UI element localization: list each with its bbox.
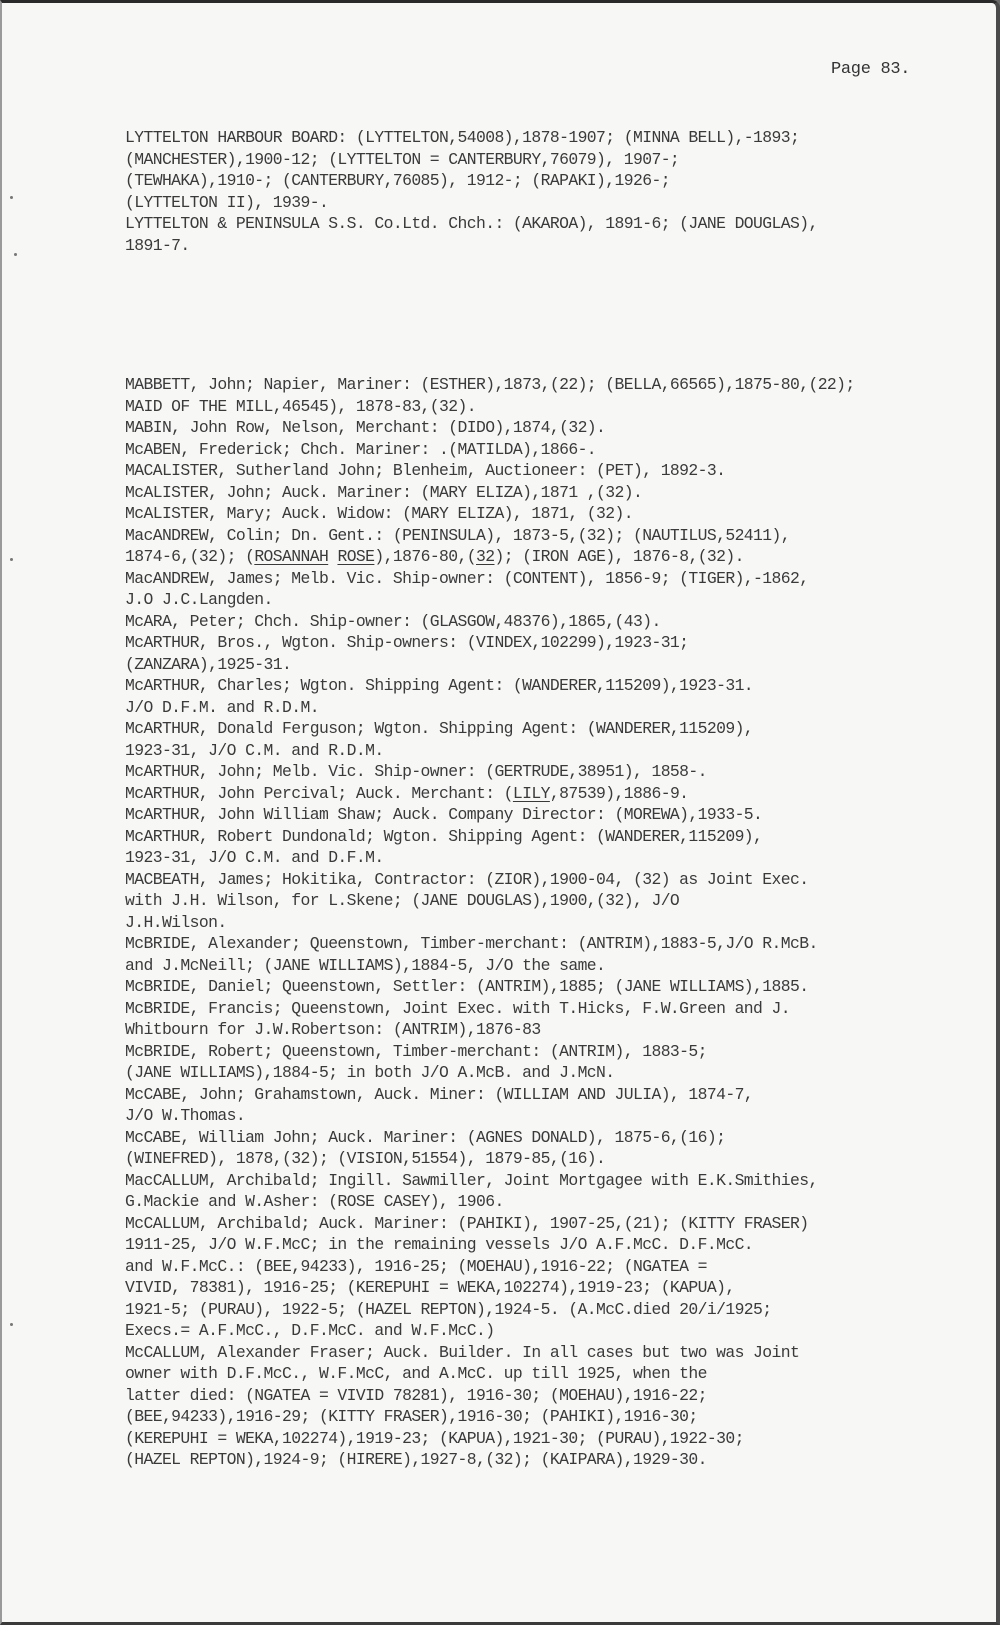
register-entry: McARTHUR, Bros., Wgton. Ship-owners: (VI…: [125, 632, 975, 675]
register-entry: McARTHUR, John Percival; Auck. Merchant:…: [125, 783, 975, 805]
entry-heading-line: McCABE, William John; Auck. Mariner: (AG…: [195, 1127, 975, 1149]
entry-continuation-line: Whitbourn for J.W.Robertson: (ANTRIM),18…: [195, 1019, 975, 1041]
entry-heading-line: MacCALLUM, Archibald; Ingill. Sawmiller,…: [195, 1170, 975, 1192]
entry-continuation-line: latter died: (NGATEA = VIVID 78281), 191…: [195, 1385, 975, 1407]
entry-heading-line: McBRIDE, Alexander; Queenstown, Timber-m…: [195, 933, 975, 955]
entry-heading-line: McARTHUR, Charles; Wgton. Shipping Agent…: [195, 675, 975, 697]
entry-heading-line: McARTHUR, Bros., Wgton. Ship-owners: (VI…: [195, 632, 975, 654]
entry-heading-line: MacANDREW, Colin; Dn. Gent.: (PENINSULA)…: [195, 525, 975, 547]
register-entry: McCABE, William John; Auck. Mariner: (AG…: [125, 1127, 975, 1170]
scan-speck: [10, 1323, 13, 1326]
entry-continuation-line: and J.McNeill; (JANE WILLIAMS),1884-5, J…: [195, 955, 975, 977]
register-entry: MABIN, John Row, Nelson, Merchant: (DIDO…: [125, 417, 975, 439]
register-entry: LYTTELTON HARBOUR BOARD: (LYTTELTON,5400…: [125, 127, 975, 213]
entry-continuation-line: 1923-31, J/O C.M. and D.F.M.: [195, 847, 975, 869]
register-entry: MacCALLUM, Archibald; Ingill. Sawmiller,…: [125, 1170, 975, 1213]
entry-continuation-line: VIVID, 78381), 1916-25; (KEREPUHI = WEKA…: [195, 1277, 975, 1299]
entry-continuation-line: J.H.Wilson.: [195, 912, 975, 934]
entry-continuation-line: 1891-7.: [195, 235, 975, 257]
entry-heading-line: MacANDREW, James; Melb. Vic. Ship-owner:…: [195, 568, 975, 590]
register-entry: MACBEATH, James; Hokitika, Contractor: (…: [125, 869, 975, 934]
entry-continuation-line: (KEREPUHI = WEKA,102274),1919-23; (KAPUA…: [195, 1428, 975, 1450]
document-page: Page 83. LYTTELTON HARBOUR BOARD: (LYTTE…: [0, 0, 1000, 1625]
entry-continuation-line: (LYTTELTON II), 1939-.: [195, 192, 975, 214]
register-entry: McBRIDE, Alexander; Queenstown, Timber-m…: [125, 933, 975, 976]
register-entry: McARTHUR, Donald Ferguson; Wgton. Shippi…: [125, 718, 975, 761]
entry-continuation-line: 1921-5; (PURAU), 1922-5; (HAZEL REPTON),…: [195, 1299, 975, 1321]
register-entry: McARTHUR, Charles; Wgton. Shipping Agent…: [125, 675, 975, 718]
entry-continuation-line: and W.F.McC.: (BEE,94233), 1916-25; (MOE…: [195, 1256, 975, 1278]
scan-speck: [10, 196, 13, 199]
entry-heading-line: MACBEATH, James; Hokitika, Contractor: (…: [195, 869, 975, 891]
entry-heading-line: McARTHUR, Donald Ferguson; Wgton. Shippi…: [195, 718, 975, 740]
entry-continuation-line: (TEWHAKA),1910-; (CANTERBURY,76085), 191…: [195, 170, 975, 192]
scan-speck: [14, 253, 17, 256]
register-entry: LYTTELTON & PENINSULA S.S. Co.Ltd. Chch.…: [125, 213, 975, 256]
register-entry: MacANDREW, James; Melb. Vic. Ship-owner:…: [125, 568, 975, 611]
entry-heading-line: MABIN, John Row, Nelson, Merchant: (DIDO…: [195, 417, 975, 439]
register-entry: McCALLUM, Archibald; Auck. Mariner: (PAH…: [125, 1213, 975, 1342]
register-entry: McARA, Peter; Chch. Ship-owner: (GLASGOW…: [125, 611, 975, 633]
entry-heading-line: McABEN, Frederick; Chch. Mariner: .(MATI…: [195, 439, 975, 461]
register-entry: McCABE, John; Grahamstown, Auck. Miner: …: [125, 1084, 975, 1127]
entry-heading-line: MABBETT, John; Napier, Mariner: (ESTHER)…: [195, 374, 975, 396]
entry-heading-line: LYTTELTON HARBOUR BOARD: (LYTTELTON,5400…: [195, 127, 975, 149]
entry-group-lyttelton: LYTTELTON HARBOUR BOARD: (LYTTELTON,5400…: [125, 127, 975, 256]
register-entry: McABEN, Frederick; Chch. Mariner: .(MATI…: [125, 439, 975, 461]
entry-continuation-line: G.Mackie and W.Asher: (ROSE CASEY), 1906…: [195, 1191, 975, 1213]
entry-heading-line: McARA, Peter; Chch. Ship-owner: (GLASGOW…: [195, 611, 975, 633]
register-entry: McBRIDE, Francis; Queenstown, Joint Exec…: [125, 998, 975, 1041]
entry-group-m: MABBETT, John; Napier, Mariner: (ESTHER)…: [125, 374, 975, 1471]
entry-heading-line: McALISTER, Mary; Auck. Widow: (MARY ELIZ…: [195, 503, 975, 525]
page-number: Page 83.: [831, 60, 910, 79]
entry-heading-line: McCALLUM, Alexander Fraser; Auck. Builde…: [195, 1342, 975, 1364]
entry-continuation-line: 1911-25, J/O W.F.McC; in the remaining v…: [195, 1234, 975, 1256]
register-entry: MacANDREW, Colin; Dn. Gent.: (PENINSULA)…: [125, 525, 975, 568]
entry-heading-line: McBRIDE, Francis; Queenstown, Joint Exec…: [195, 998, 975, 1020]
register-entry: McARTHUR, John William Shaw; Auck. Compa…: [125, 804, 975, 826]
entry-continuation-line: owner with D.F.McC., W.F.McC, and A.McC.…: [195, 1363, 975, 1385]
entry-continuation-line: J.O J.C.Langden.: [195, 589, 975, 611]
entry-continuation-line: with J.H. Wilson, for L.Skene; (JANE DOU…: [195, 890, 975, 912]
entry-heading-line: LYTTELTON & PENINSULA S.S. Co.Ltd. Chch.…: [195, 213, 975, 235]
entry-continuation-line: (ZANZARA),1925-31.: [195, 654, 975, 676]
entry-heading-line: McCALLUM, Archibald; Auck. Mariner: (PAH…: [195, 1213, 975, 1235]
register-entry: MABBETT, John; Napier, Mariner: (ESTHER)…: [125, 374, 975, 417]
entry-heading-line: McARTHUR, John; Melb. Vic. Ship-owner: (…: [195, 761, 975, 783]
entry-heading-line: McCABE, John; Grahamstown, Auck. Miner: …: [195, 1084, 975, 1106]
entry-heading-line: MACALISTER, Sutherland John; Blenheim, A…: [195, 460, 975, 482]
entry-heading-line: McARTHUR, John William Shaw; Auck. Compa…: [195, 804, 975, 826]
entry-continuation-line: (BEE,94233),1916-29; (KITTY FRASER),1916…: [195, 1406, 975, 1428]
register-entry: McARTHUR, Robert Dundonald; Wgton. Shipp…: [125, 826, 975, 869]
register-entry: McARTHUR, John; Melb. Vic. Ship-owner: (…: [125, 761, 975, 783]
entry-heading-line: McBRIDE, Daniel; Queenstown, Settler: (A…: [195, 976, 975, 998]
register-entry: McALISTER, Mary; Auck. Widow: (MARY ELIZ…: [125, 503, 975, 525]
entry-continuation-line: 1923-31, J/O C.M. and R.D.M.: [195, 740, 975, 762]
register-entry: MACALISTER, Sutherland John; Blenheim, A…: [125, 460, 975, 482]
entry-list: LYTTELTON HARBOUR BOARD: (LYTTELTON,5400…: [125, 127, 975, 1471]
entry-heading-line: McALISTER, John; Auck. Mariner: (MARY EL…: [195, 482, 975, 504]
entry-continuation-line: J/O W.Thomas.: [195, 1105, 975, 1127]
section-gap: [125, 256, 975, 374]
entry-heading-line: McARTHUR, John Percival; Auck. Merchant:…: [195, 783, 975, 805]
register-entry: McCALLUM, Alexander Fraser; Auck. Builde…: [125, 1342, 975, 1471]
register-entry: McBRIDE, Daniel; Queenstown, Settler: (A…: [125, 976, 975, 998]
scan-speck: [10, 558, 13, 561]
entry-continuation-line: J/O D.F.M. and R.D.M.: [195, 697, 975, 719]
entry-continuation-line: (WINEFRED), 1878,(32); (VISION,51554), 1…: [195, 1148, 975, 1170]
entry-heading-line: McARTHUR, Robert Dundonald; Wgton. Shipp…: [195, 826, 975, 848]
entry-continuation-line: MAID OF THE MILL,46545), 1878-83,(32).: [195, 396, 975, 418]
entry-continuation-line: (MANCHESTER),1900-12; (LYTTELTON = CANTE…: [195, 149, 975, 171]
entry-continuation-line: (HAZEL REPTON),1924-9; (HIRERE),1927-8,(…: [195, 1449, 975, 1471]
entry-continuation-line: Execs.= A.F.McC., D.F.McC. and W.F.McC.): [195, 1320, 975, 1342]
entry-continuation-line: 1874-6,(32); (ROSANNAH ROSE),1876-80,(32…: [195, 546, 975, 568]
entry-continuation-line: (JANE WILLIAMS),1884-5; in both J/O A.Mc…: [195, 1062, 975, 1084]
register-entry: McALISTER, John; Auck. Mariner: (MARY EL…: [125, 482, 975, 504]
entry-heading-line: McBRIDE, Robert; Queenstown, Timber-merc…: [195, 1041, 975, 1063]
register-entry: McBRIDE, Robert; Queenstown, Timber-merc…: [125, 1041, 975, 1084]
